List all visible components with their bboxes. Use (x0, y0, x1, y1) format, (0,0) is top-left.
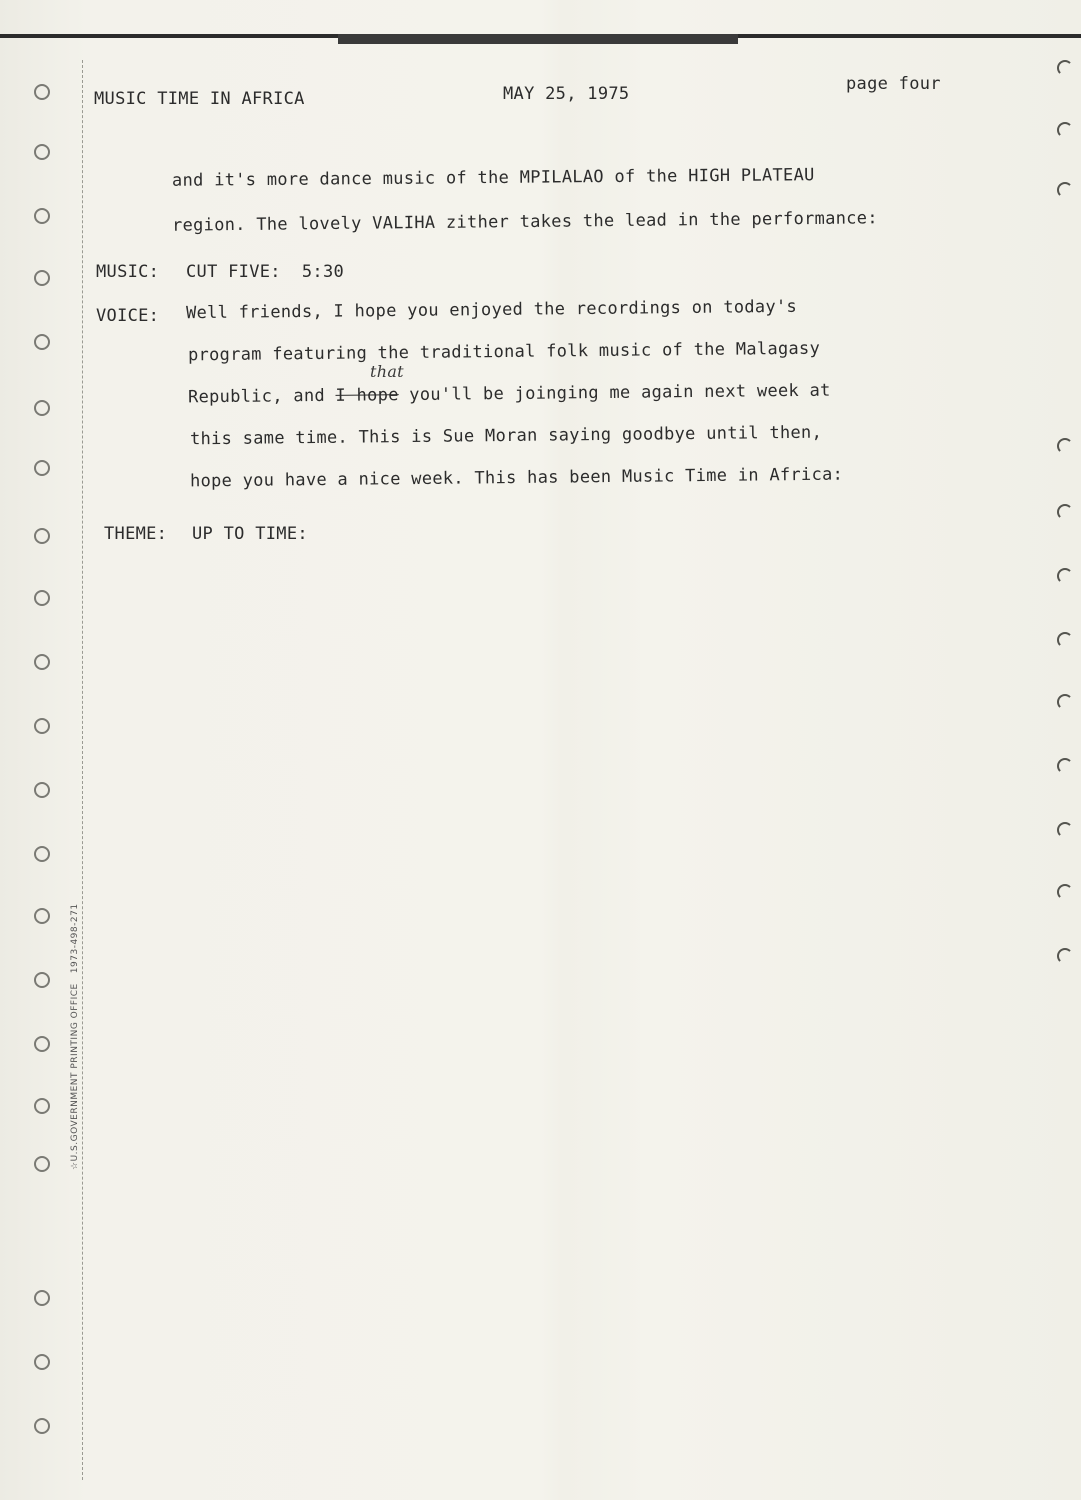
punch-hole (34, 400, 50, 416)
punch-hole (34, 1418, 50, 1434)
punch-hole (1057, 822, 1073, 838)
punch-hole (1057, 948, 1073, 964)
speaker-label: VOICE: (96, 306, 159, 326)
punch-hole (1057, 438, 1073, 454)
punch-hole (34, 718, 50, 734)
punch-hole (34, 972, 50, 988)
punch-hole (34, 846, 50, 862)
punch-hole (34, 1098, 50, 1114)
punch-hole (1057, 694, 1073, 710)
script-line: UP TO TIME: (192, 524, 308, 544)
punch-hole (34, 908, 50, 924)
punch-hole (34, 460, 50, 476)
punch-hole (34, 590, 50, 606)
printing-office-imprint: ☆U.S.GOVERNMENT PRINTING OFFICE 1973-498… (70, 903, 80, 1170)
punch-hole (1057, 182, 1073, 198)
speaker-label: MUSIC: (96, 262, 159, 282)
page-number: page four (846, 74, 941, 94)
punch-hole (1057, 758, 1073, 774)
punch-hole (34, 1036, 50, 1052)
script-line: CUT FIVE: 5:30 (186, 262, 344, 282)
punch-hole (34, 1354, 50, 1370)
speaker-label: THEME: (104, 524, 167, 544)
handwritten-insert: that (370, 362, 404, 381)
punch-hole (1057, 568, 1073, 584)
punch-hole (34, 782, 50, 798)
line-text: Republic, and (188, 386, 336, 408)
punch-hole (1057, 632, 1073, 648)
punch-hole (1057, 60, 1073, 76)
punch-hole (34, 654, 50, 670)
punch-hole (34, 1156, 50, 1172)
punch-hole (34, 84, 50, 100)
punch-hole (34, 270, 50, 286)
punch-hole (34, 334, 50, 350)
punch-hole (34, 144, 50, 160)
program-title: MUSIC TIME IN AFRICA (94, 89, 305, 109)
top-edge-smudge (338, 34, 738, 44)
perforation-line (82, 60, 83, 1480)
punch-hole (34, 528, 50, 544)
broadcast-date: MAY 25, 1975 (503, 84, 629, 104)
punch-hole (1057, 122, 1073, 138)
punch-hole (34, 208, 50, 224)
struck-text: I hope (335, 385, 398, 406)
punch-hole (34, 1290, 50, 1306)
punch-hole (1057, 504, 1073, 520)
punch-hole (1057, 884, 1073, 900)
